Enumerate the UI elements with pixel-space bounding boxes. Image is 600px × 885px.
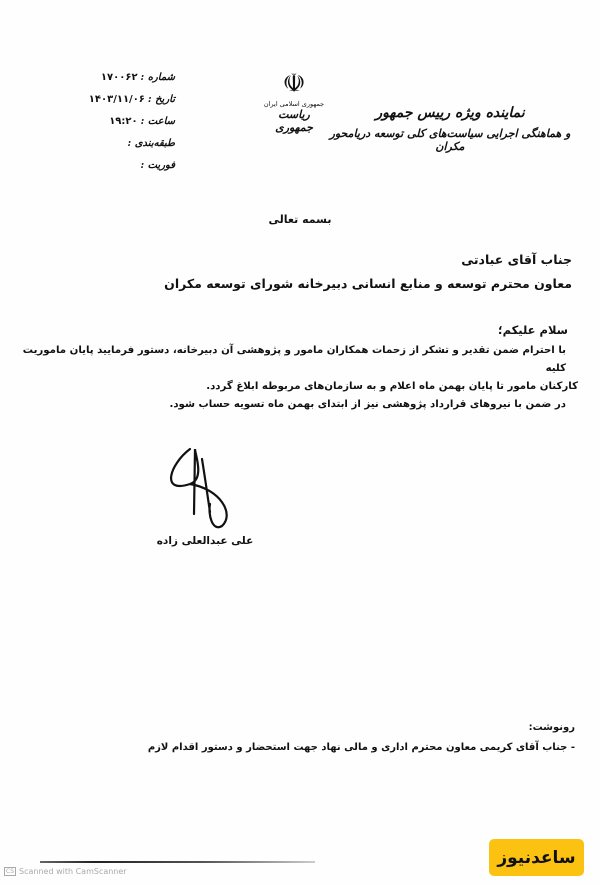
emblem-subtitle: جمهوری اسلامی ایران	[258, 100, 330, 108]
meta-date: تاریخ : ۱۴۰۳/۱۱/۰۶	[95, 94, 175, 116]
meta-label: طبقه‌بندی :	[128, 138, 175, 149]
brand-badge: ساعدنیوز	[489, 839, 584, 876]
presidency-emblem: ☫ جمهوری اسلامی ایران ریاست جمهوری	[258, 70, 330, 134]
issuer-title: نماینده ویژه رییس جمهور	[320, 105, 580, 121]
scanner-text: Scanned with CamScanner	[19, 867, 127, 876]
meta-label: تاریخ :	[148, 94, 175, 105]
paragraph-2: در ضمن با نیروهای قرارداد پژوهشی نیز از …	[8, 396, 578, 414]
meta-number: شماره : ۱۷۰۰۶۲	[95, 72, 175, 94]
recipient-block: جناب آقای عبادتی معاون محترم توسعه و منا…	[164, 248, 572, 296]
meta-label: شماره :	[141, 72, 175, 83]
scanner-watermark: CS Scanned with CamScanner	[4, 867, 127, 876]
iran-emblem-icon: ☫	[258, 70, 330, 98]
meta-classification: طبقه‌بندی :	[95, 138, 175, 160]
meta-time: ساعت : ۱۹:۲۰	[95, 116, 175, 138]
meta-label: فوریت :	[140, 160, 175, 171]
issuer-header: نماینده ویژه رییس جمهور و هماهنگی اجرایی…	[320, 105, 580, 153]
meta-urgency: فوریت :	[95, 160, 175, 182]
meta-value: ۱۴۰۳/۱۱/۰۶	[89, 94, 145, 105]
letter-body: با احترام ضمن تقدیر و تشکر از زحمات همکا…	[8, 342, 578, 414]
greeting: سلام علیکم؛	[498, 323, 568, 337]
paragraph-1-line-1: با احترام ضمن تقدیر و تشکر از زحمات همکا…	[8, 342, 578, 378]
recipient-name: جناب آقای عبادتی	[164, 248, 572, 272]
scan-artifact-line	[40, 861, 315, 863]
cc-title: رونوشت:	[15, 718, 575, 738]
paragraph-1-line-2: کارکنان مامور تا پایان بهمن ماه اعلام و …	[8, 378, 578, 396]
meta-value: ۱۷۰۰۶۲	[101, 72, 138, 83]
recipient-title: معاون محترم توسعه و منابع انسانی دبیرخان…	[164, 272, 572, 296]
signatory-name: علی عبدالعلی زاده	[150, 535, 260, 547]
letter-meta: شماره : ۱۷۰۰۶۲ تاریخ : ۱۴۰۳/۱۱/۰۶ ساعت :…	[95, 72, 175, 182]
meta-value: ۱۹:۲۰	[109, 116, 137, 127]
camscanner-icon: CS	[4, 867, 16, 876]
meta-label: ساعت :	[141, 116, 175, 127]
cc-line: - جناب آقای کریمی معاون محترم اداری و ما…	[15, 738, 575, 758]
cc-block: رونوشت: - جناب آقای کریمی معاون محترم اد…	[15, 718, 575, 758]
document-page: نماینده ویژه رییس جمهور و هماهنگی اجرایی…	[0, 0, 600, 885]
signature-icon	[150, 444, 260, 534]
emblem-title: ریاست جمهوری	[258, 108, 330, 134]
invocation: بسمه تعالی	[240, 213, 360, 226]
issuer-subtitle: و هماهنگی اجرایی سیاست‌های کلی توسعه دری…	[320, 127, 580, 153]
